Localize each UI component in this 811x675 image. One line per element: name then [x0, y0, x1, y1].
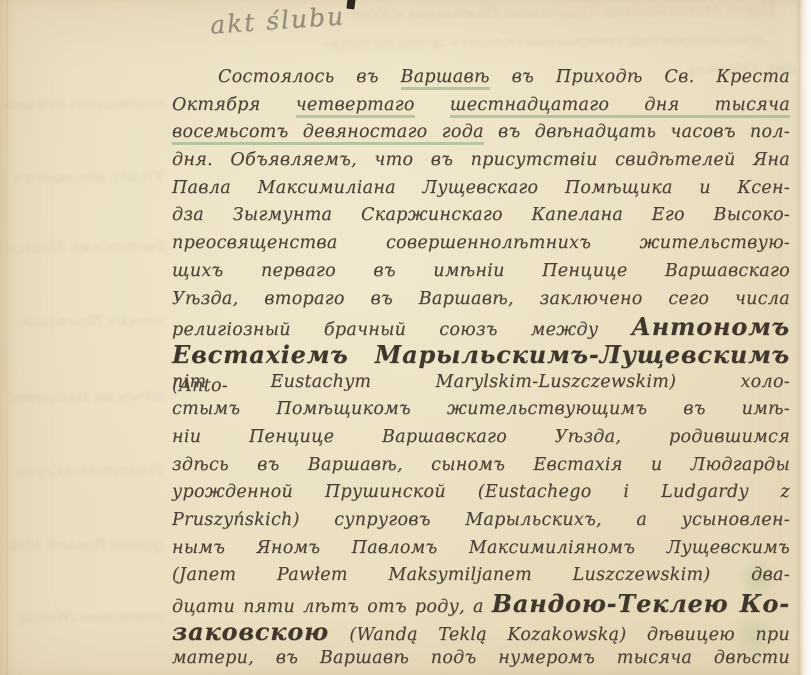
- emphasized-name: Антономъ: [631, 312, 790, 341]
- text-line: Pruszyńskich) супруговъ Марыльскихъ, а у…: [172, 507, 790, 535]
- text-segment: здѣсь въ Варшавѣ, сыномъ Евстахія и Людг…: [172, 455, 790, 475]
- text-segment: въ двѣнадцать часовъ пол-: [484, 122, 790, 142]
- text-line: нымъ Яномъ Павломъ Максимиліяномъ Лущевс…: [172, 535, 790, 563]
- text-segment: матери, въ Варшавѣ подъ нумеромъ тысяча …: [172, 648, 790, 668]
- text-segment: дза Зыгмунта Скаржинскаго Капелана Его В…: [172, 205, 790, 225]
- text-segment: нымъ Яномъ Павломъ Максимиліяномъ Лущевс…: [172, 538, 790, 558]
- text-line: ніи Пенцице Варшавскаго Уѣзда, родившимс…: [172, 424, 790, 452]
- text-line: заковскою (Wandą Teklą Kozakowską) дѣвиц…: [172, 618, 790, 646]
- text-line: урожденной Прушинской (Eustachego i Ludg…: [172, 479, 790, 507]
- text-line: nim Eustachym Marylskim-Luszczewskim) хо…: [172, 369, 790, 397]
- text-segment: преосвященства совершеннолѣтнихъ жительс…: [172, 233, 790, 253]
- text-segment: ніи Пенцице Варшавскаго Уѣзда, родившимс…: [172, 427, 790, 447]
- text-line: Павла Максимиліана Лущевскаго Помѣщика и…: [172, 175, 790, 203]
- text-line: дцати пяти лѣтъ отъ роду, а Вандою-Текле…: [172, 590, 790, 618]
- text-segment: [415, 95, 450, 115]
- paper-crease: [6, 0, 8, 675]
- green-underlined-text: восемьсотъ девяностаго года: [172, 122, 484, 145]
- text-segment: (Janem Pawłem Maksymiljanem Luszczewskim…: [172, 565, 790, 585]
- text-segment: Октября: [172, 95, 296, 115]
- text-line: матери, въ Варшавѣ подъ нумеромъ тысяча …: [172, 645, 790, 673]
- text-line: стымъ Помѣщикомъ жительствующимъ въ имѣ-: [172, 396, 790, 424]
- emphasized-name: Евстахіемъ Марыльскимъ-Лущевскимъ: [172, 340, 790, 369]
- text-segment: nim Eustachym Marylskim-Luszczewskim) хо…: [172, 372, 790, 392]
- text-segment: щихъ перваго въ имѣніи Пенцице Варшавска…: [172, 261, 790, 281]
- text-segment: (Wandą Teklą Kozakowską) дѣвицею при: [329, 625, 790, 645]
- text-line: восемьсотъ девяностаго года въ двѣнадцат…: [172, 119, 790, 147]
- text-segment: урожденной Прушинской (Eustachego i Ludg…: [172, 482, 790, 502]
- text-lines: Состоялось въ Варшавѣ въ Приходѣ Св. Кре…: [172, 64, 790, 673]
- green-underlined-text: Варшавѣ: [401, 67, 490, 90]
- text-line: преосвященства совершеннолѣтнихъ жительс…: [172, 230, 790, 258]
- emphasized-name: заковскою: [172, 617, 329, 646]
- scan-edge: [800, 0, 811, 675]
- text-line: здѣсь въ Варшавѣ, сыномъ Евстахія и Людг…: [172, 452, 790, 480]
- text-line: религіозный брачный союзъ между Антономъ: [172, 313, 790, 341]
- text-segment: въ Приходѣ Св. Креста: [490, 67, 790, 87]
- green-underlined-text: четвертаго: [296, 95, 415, 118]
- text-line: Состоялось въ Варшавѣ въ Приходѣ Св. Кре…: [172, 64, 790, 92]
- text-segment: религіозный брачный союзъ между: [172, 320, 631, 340]
- text-line: Уѣзда, втораго въ Варшавѣ, заключено сег…: [172, 286, 790, 314]
- document-scan: Павла Максимиліана Лущевскаго Помѣщика и…: [0, 0, 811, 675]
- text-segment: Pruszyńskich) супруговъ Марыльскихъ, а у…: [172, 510, 790, 530]
- green-underlined-text: шестнадцатаго дня тысяча: [450, 95, 790, 118]
- text-segment: Состоялось въ: [218, 67, 401, 87]
- ink-mark: [346, 0, 355, 9]
- text-segment: Павла Максимиліана Лущевскаго Помѣщика и…: [172, 178, 790, 198]
- text-line: дза Зыгмунта Скаржинскаго Капелана Его В…: [172, 202, 790, 230]
- text-line: (Janem Pawłem Maksymiljanem Luszczewskim…: [172, 562, 790, 590]
- text-line: щихъ перваго въ имѣніи Пенцице Варшавска…: [172, 258, 790, 286]
- text-segment: дня. Объявляемъ, что въ присутствіи свид…: [172, 150, 790, 170]
- text-segment: дцати пяти лѣтъ отъ роду, а: [172, 597, 492, 617]
- text-segment: стымъ Помѣщикомъ жительствующимъ въ имѣ-: [172, 399, 790, 419]
- text-segment: Уѣзда, втораго въ Варшавѣ, заключено сег…: [172, 289, 790, 309]
- text-line: Октября четвертаго шестнадцатаго дня тыс…: [172, 92, 790, 120]
- emphasized-name: Вандою-Теклею Ко-: [492, 589, 790, 618]
- text-line: Евстахіемъ Марыльскимъ-Лущевскимъ (Anto-: [172, 341, 790, 369]
- text-line: дня. Объявляемъ, что въ присутствіи свид…: [172, 147, 790, 175]
